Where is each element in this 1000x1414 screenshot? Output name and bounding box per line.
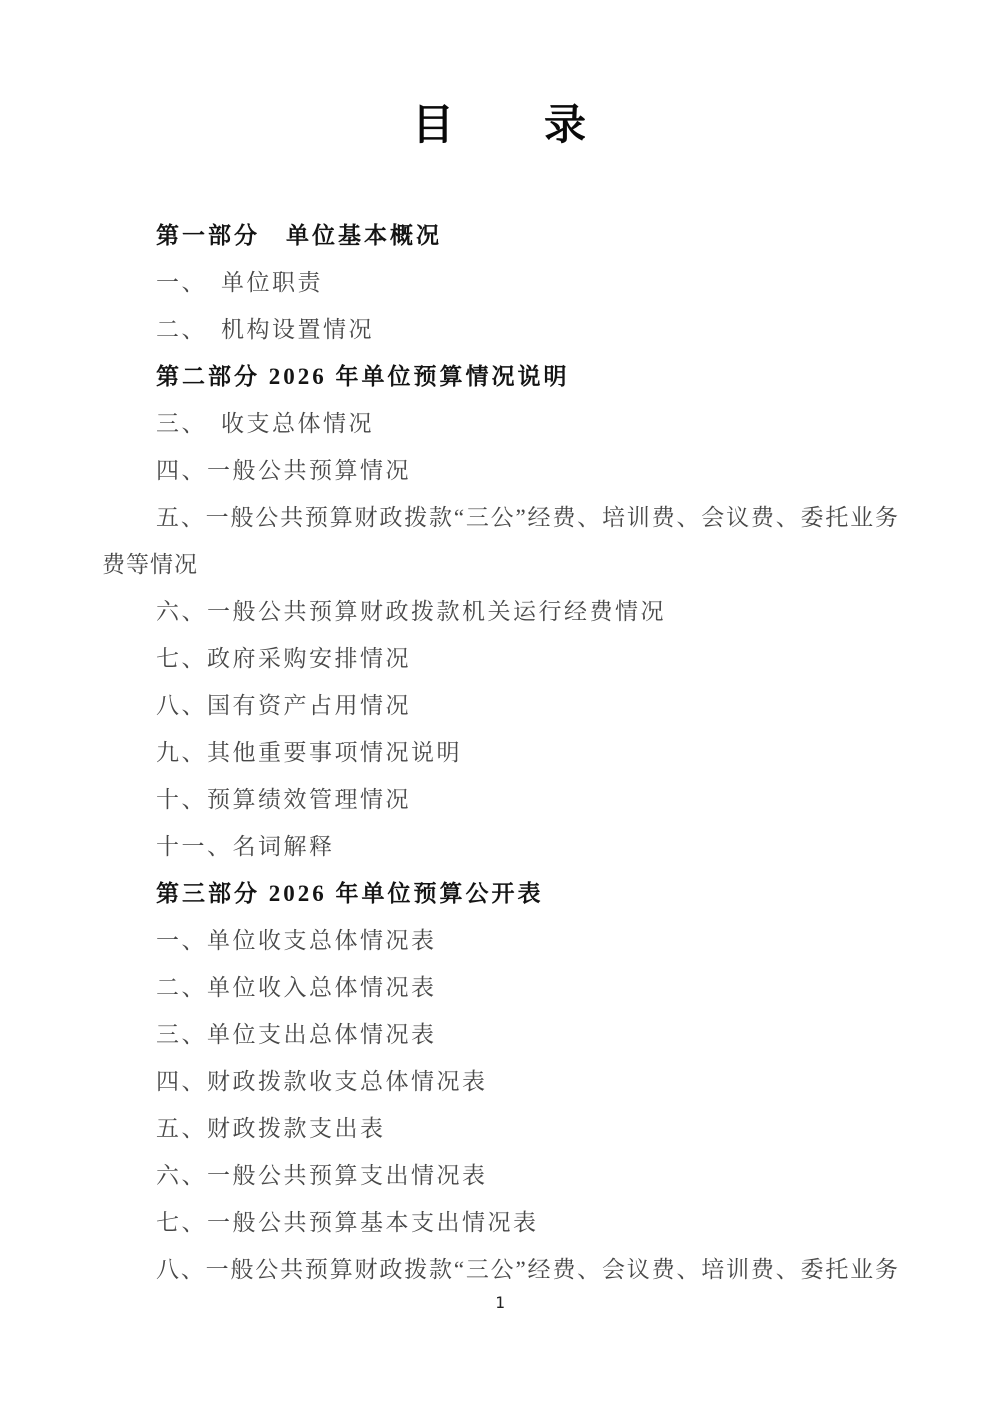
toc-section-heading: 第三部分 2026 年单位预算公开表 bbox=[102, 870, 898, 917]
table-of-contents: 第一部分 单位基本概况一、 单位职责二、 机构设置情况第二部分 2026 年单位… bbox=[102, 212, 898, 1293]
toc-item: 三、 收支总体情况 bbox=[102, 400, 898, 447]
toc-item: 八、一般公共预算财政拨款“三公”经费、会议费、培训费、委托业务 bbox=[102, 1246, 898, 1293]
toc-section-heading: 第二部分 2026 年单位预算情况说明 bbox=[102, 353, 898, 400]
toc-item: 四、财政拨款收支总体情况表 bbox=[102, 1058, 898, 1105]
toc-item: 八、国有资产占用情况 bbox=[102, 682, 898, 729]
toc-item: 七、政府采购安排情况 bbox=[102, 635, 898, 682]
toc-item: 二、单位收入总体情况表 bbox=[102, 964, 898, 1011]
toc-item: 一、单位收支总体情况表 bbox=[102, 917, 898, 964]
toc-item: 二、 机构设置情况 bbox=[102, 306, 898, 353]
toc-item: 十、预算绩效管理情况 bbox=[102, 776, 898, 823]
page-number: 1 bbox=[0, 1292, 1000, 1314]
toc-section-heading: 第一部分 单位基本概况 bbox=[102, 212, 898, 259]
document-page: 目 录 第一部分 单位基本概况一、 单位职责二、 机构设置情况第二部分 2026… bbox=[0, 0, 1000, 1414]
toc-item: 一、 单位职责 bbox=[102, 259, 898, 306]
toc-item: 六、一般公共预算支出情况表 bbox=[102, 1152, 898, 1199]
toc-item: 四、一般公共预算情况 bbox=[102, 447, 898, 494]
toc-item: 六、一般公共预算财政拨款机关运行经费情况 bbox=[102, 588, 898, 635]
toc-item: 五、财政拨款支出表 bbox=[102, 1105, 898, 1152]
toc-item: 十一、名词解释 bbox=[102, 823, 898, 870]
toc-item: 七、一般公共预算基本支出情况表 bbox=[102, 1199, 898, 1246]
toc-item: 五、一般公共预算财政拨款“三公”经费、培训费、会议费、委托业务 bbox=[102, 494, 898, 541]
toc-item-continuation: 费等情况 bbox=[102, 541, 898, 588]
document-title: 目 录 bbox=[0, 98, 1000, 154]
toc-item: 三、单位支出总体情况表 bbox=[102, 1011, 898, 1058]
toc-item: 九、其他重要事项情况说明 bbox=[102, 729, 898, 776]
